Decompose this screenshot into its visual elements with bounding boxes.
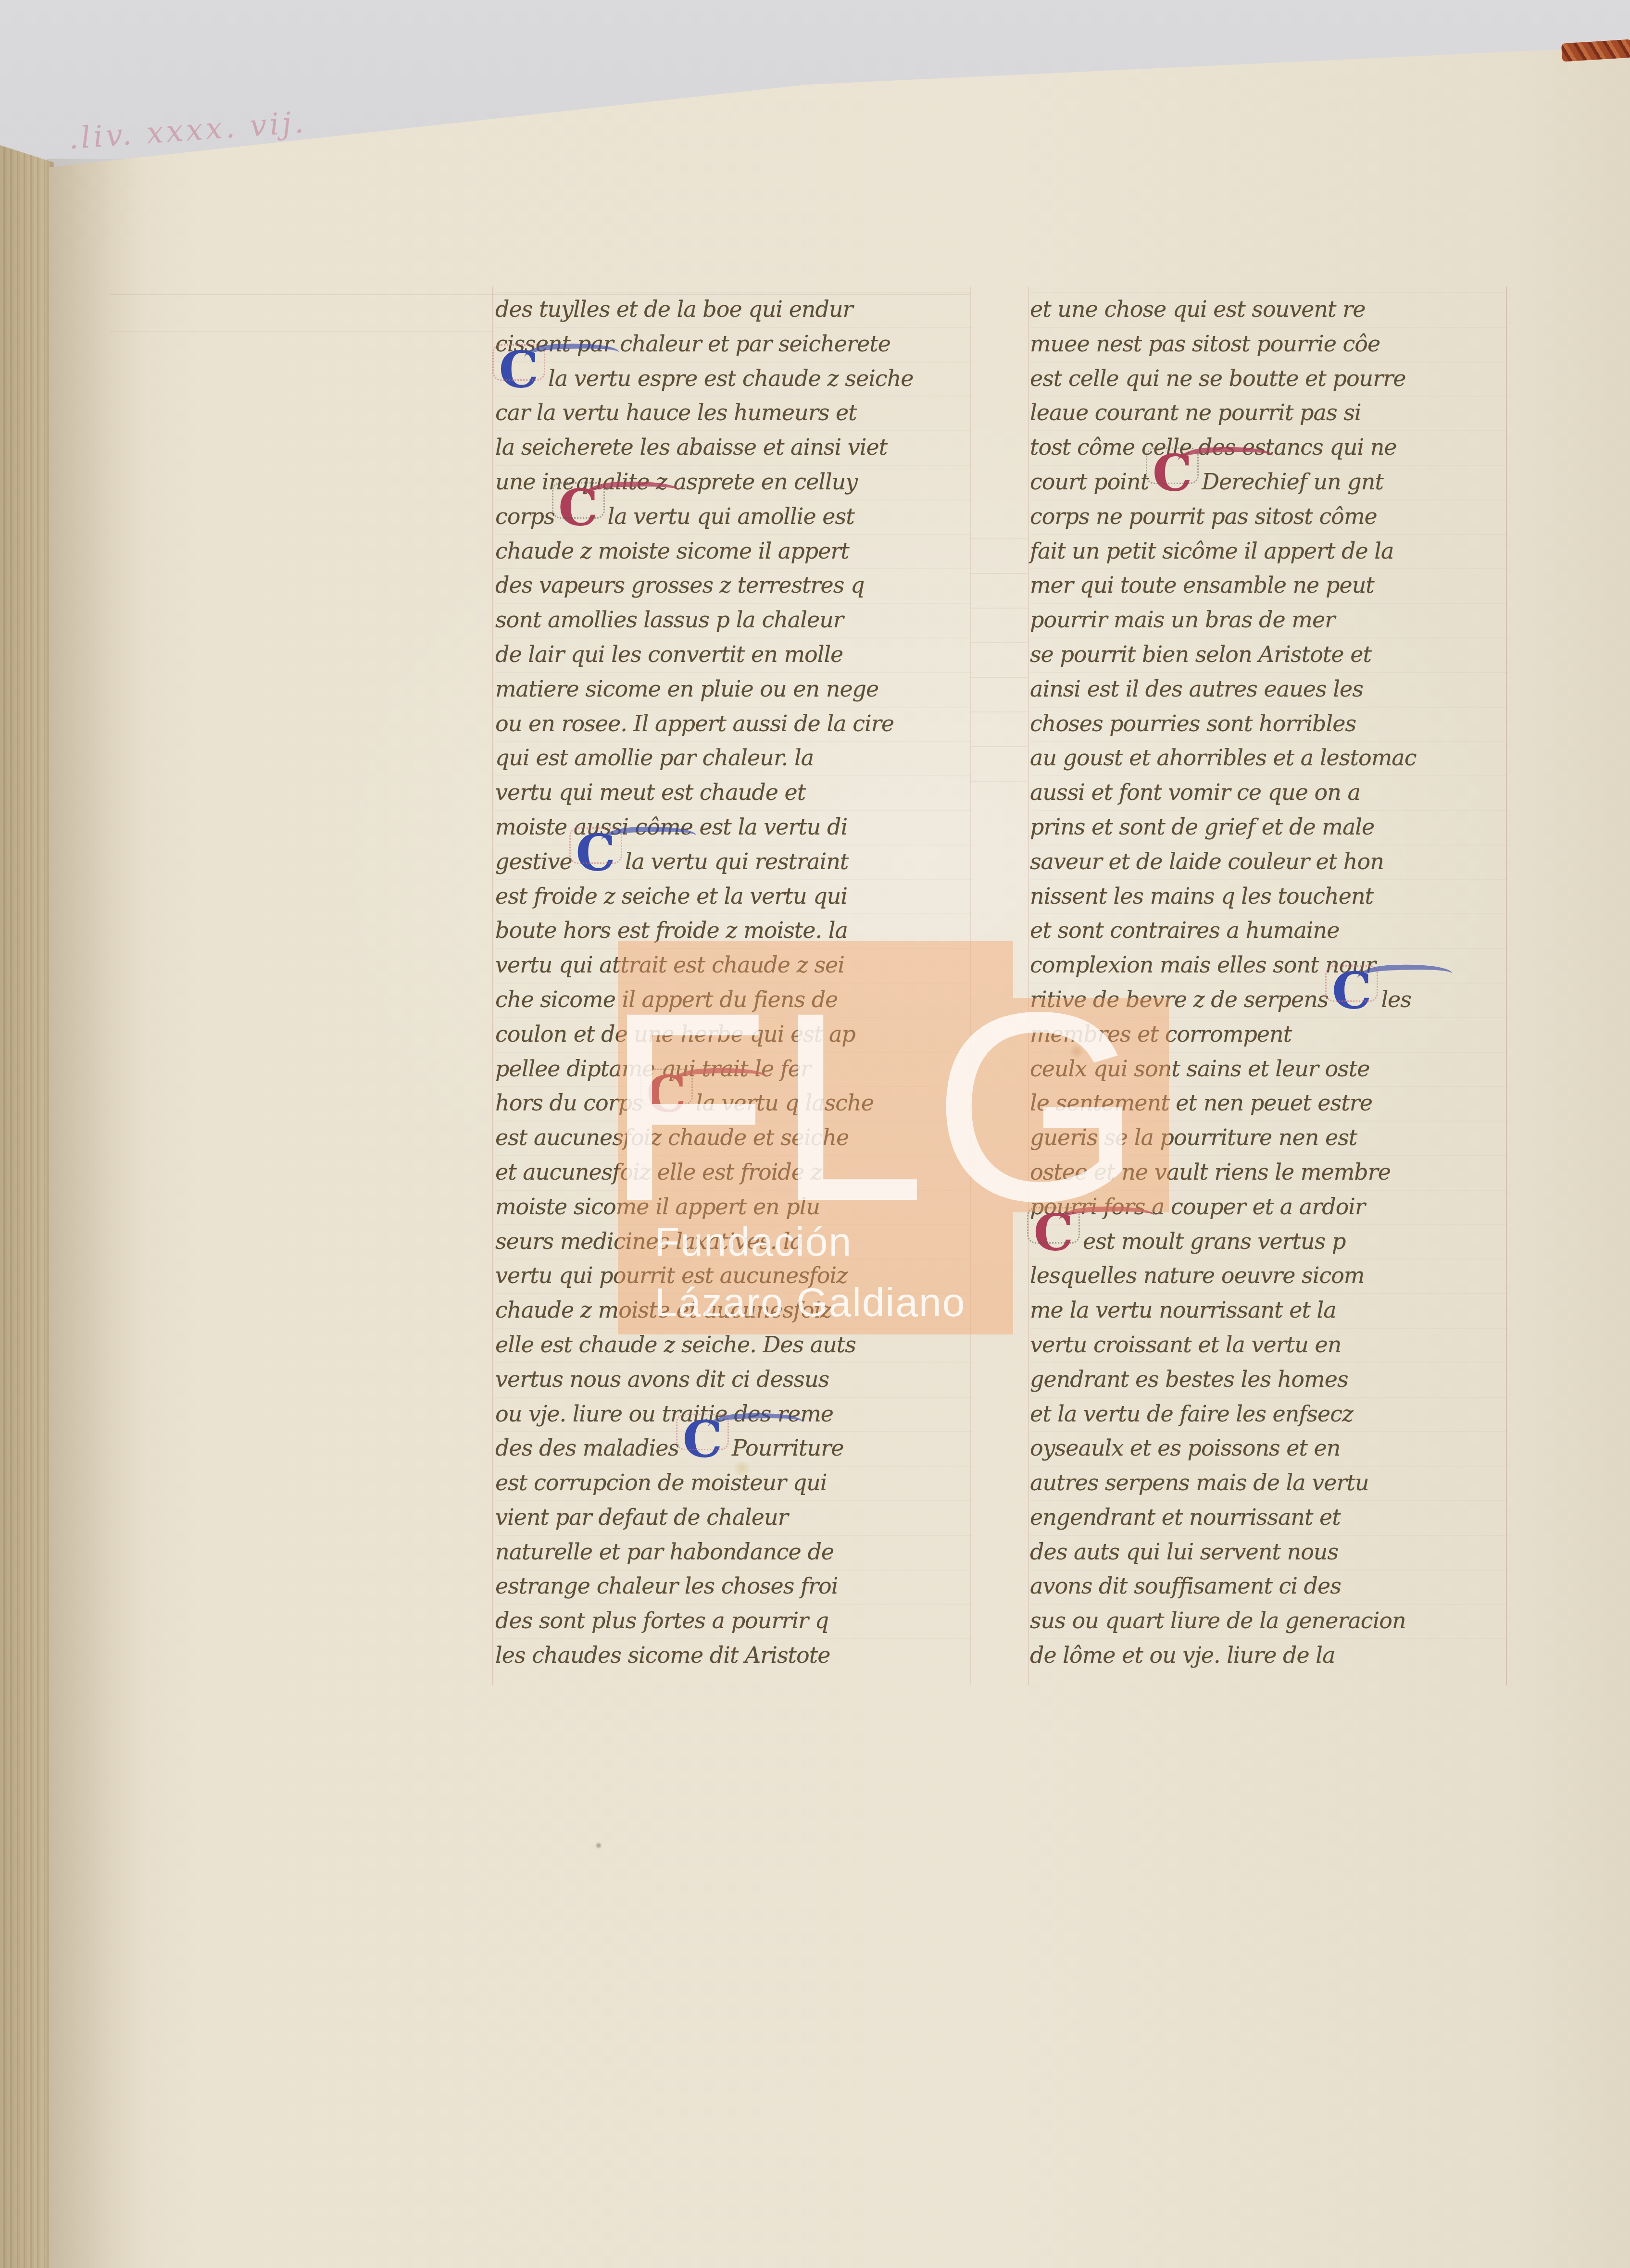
manuscript-line: est celle qui ne se boutte et pourre (1030, 361, 1507, 396)
manuscript-text: la seicherete les abaisse et ainsi viet (495, 434, 887, 460)
manuscript-text: gestive (495, 848, 572, 874)
watermark-logo-letters: FLG (605, 972, 1149, 1241)
photo-backdrop: .liv. xxxx. vij. des tuylles et de la bo… (0, 0, 1630, 2268)
manuscript-line: court pointCDerechief un gnt (1030, 465, 1507, 499)
manuscript-line: corpsCla vertu qui amollie est (495, 499, 972, 534)
manuscript-line: ainsi est il des autres eaues les (1030, 672, 1507, 707)
manuscript-line: chaude z moiste sicome il appert (495, 534, 972, 569)
watermark-caption-line1: Fundación (655, 1211, 965, 1272)
manuscript-text: boute hors est froide z moiste. la (495, 917, 848, 943)
manuscript-line: vient par defaut de chaleur (495, 1500, 972, 1535)
manuscript-text: Pourriture (732, 1435, 843, 1461)
illuminated-initial-red: C (556, 486, 601, 515)
manuscript-line: sont amollies lassus p la chaleur (495, 603, 972, 637)
manuscript-line: pourrir mais un bras de mer (1030, 603, 1507, 637)
manuscript-line: gestiveCla vertu qui restraint (495, 845, 972, 879)
illuminated-initial-blue: C (573, 831, 618, 860)
manuscript-text: autres serpens mais de la vertu (1030, 1470, 1369, 1495)
manuscript-text: qui est amollie par chaleur. la (495, 745, 814, 771)
manuscript-text: gendrant es bestes les homes (1030, 1366, 1348, 1392)
manuscript-text: choses pourries sont horribles (1030, 710, 1356, 736)
manuscript-text: la vertu espre est chaude z seiche (548, 365, 913, 391)
manuscript-line: au goust et ahorribles et a lestomac (1030, 741, 1507, 775)
manuscript-line: Cla vertu espre est chaude z seiche (495, 361, 972, 396)
manuscript-line: et sont contraires a humaine (1030, 913, 1507, 948)
manuscript-line: moiste aussi côme est la vertu di (495, 810, 972, 845)
manuscript-text: des des maladies (495, 1435, 679, 1461)
manuscript-text: naturelle et par habondance de (495, 1539, 834, 1565)
manuscript-line: oyseaulx et es poissons et en (1030, 1431, 1507, 1466)
manuscript-line: sus ou quart liure de la generacion (1030, 1604, 1507, 1638)
manuscript-text: la vertu qui amollie est (608, 503, 854, 529)
manuscript-line: leaue courant ne pourrit pas si (1030, 396, 1507, 430)
manuscript-text: des tuylles et de la boe qui endur (495, 296, 853, 322)
manuscript-line: est froide z seiche et la vertu qui (495, 879, 972, 914)
manuscript-line: des sont plus fortes a pourrir q (495, 1604, 972, 1638)
manuscript-line: de lair qui les convertit en molle (495, 637, 972, 672)
manuscript-text: Derechief un gnt (1202, 469, 1383, 495)
manuscript-text: prins et sont de grief et de male (1030, 814, 1374, 840)
manuscript-text: engendrant et nourrissant et (1030, 1504, 1341, 1530)
manuscript-text: leaue courant ne pourrit pas si (1030, 399, 1361, 425)
parchment-stain (731, 1461, 753, 1476)
illuminated-initial-blue: C (1329, 969, 1374, 998)
manuscript-text: me la vertu nourrissant et la (1030, 1297, 1336, 1323)
manuscript-line: prins et sont de grief et de male (1030, 810, 1507, 845)
manuscript-line: des auts qui lui servent nous (1030, 1535, 1507, 1570)
manuscript-text: se pourrit bien selon Aristote et (1030, 641, 1371, 667)
manuscript-line: qui est amollie par chaleur. la (495, 741, 972, 775)
manuscript-line: vertus nous avons dit ci dessus (495, 1362, 972, 1397)
manuscript-text: de lôme et ou vje. liure de la (1030, 1642, 1335, 1668)
manuscript-text: pourrir mais un bras de mer (1030, 607, 1335, 633)
manuscript-line: des des maladiesCPourriture (495, 1431, 972, 1466)
manuscript-text: corps (495, 503, 555, 529)
manuscript-line: les chaudes sicome dit Aristote (495, 1638, 972, 1673)
manuscript-line: lesquelles nature oeuvre sicom (1030, 1259, 1507, 1293)
manuscript-text: aussi et font vomir ce que on a (1030, 779, 1360, 805)
manuscript-text: et une chose qui est souvent re (1030, 296, 1365, 322)
manuscript-text: mer qui toute ensamble ne peut (1030, 572, 1374, 598)
manuscript-text: fait un petit sicôme il appert de la (1030, 538, 1393, 564)
manuscript-line: fait un petit sicôme il appert de la (1030, 534, 1507, 569)
manuscript-line: vertu qui meut est chaude et (495, 775, 972, 810)
manuscript-line: de lôme et ou vje. liure de la (1030, 1638, 1507, 1673)
ruling-line-vertical (492, 287, 493, 1685)
manuscript-line: la seicherete les abaisse et ainsi viet (495, 430, 972, 465)
manuscript-line: car la vertu hauce les humeurs et (495, 396, 972, 430)
manuscript-text: la vertu qui restraint (625, 848, 849, 874)
manuscript-text: nissent les mains q les touchent (1030, 883, 1373, 909)
manuscript-line: muee nest pas sitost pourrie côe (1030, 327, 1507, 361)
manuscript-line: et une chose qui est souvent re (1030, 292, 1507, 327)
gutter-shadow (47, 159, 148, 2268)
illuminated-initial-blue: C (680, 1418, 725, 1446)
manuscript-line: vertu croissant et la vertu en (1030, 1328, 1507, 1362)
manuscript-text: court point (1030, 469, 1149, 495)
manuscript-line: et la vertu de faire les enfsecz (1030, 1397, 1507, 1432)
parchment-speck (595, 1842, 602, 1849)
manuscript-text: muee nest pas sitost pourrie côe (1030, 331, 1380, 357)
manuscript-line: naturelle et par habondance de (495, 1535, 972, 1570)
watermark-caption: Fundación Lázaro Galdiano (655, 1211, 965, 1333)
manuscript-text: des auts qui lui servent nous (1030, 1539, 1338, 1565)
manuscript-text: est froide z seiche et la vertu qui (495, 883, 847, 909)
manuscript-line: se pourrit bien selon Aristote et (1030, 637, 1507, 672)
manuscript-line: estrange chaleur les choses froi (495, 1569, 972, 1604)
manuscript-text: sus ou quart liure de la generacion (1030, 1608, 1406, 1633)
ruling-gutter-lines (970, 538, 1028, 808)
manuscript-text: des sont plus fortes a pourrir q (495, 1608, 828, 1633)
manuscript-line: aussi et font vomir ce que on a (1030, 775, 1507, 810)
manuscript-line: avons dit souffisament ci des (1030, 1569, 1507, 1604)
watermark-caption-line2: Lázaro Galdiano (655, 1272, 965, 1333)
manuscript-text: vertus nous avons dit ci dessus (495, 1366, 829, 1392)
manuscript-text: vertu croissant et la vertu en (1030, 1332, 1341, 1358)
manuscript-text: sont amollies lassus p la chaleur (495, 607, 843, 633)
manuscript-text: vient par defaut de chaleur (495, 1504, 788, 1530)
manuscript-text: matiere sicome en pluie ou en nege (495, 676, 878, 702)
manuscript-line: des vapeurs grosses z terrestres q (495, 568, 972, 603)
manuscript-text: oyseaulx et es poissons et en (1030, 1435, 1340, 1461)
manuscript-text: de lair qui les convertit en molle (495, 641, 843, 667)
manuscript-line: nissent les mains q les touchent (1030, 879, 1507, 914)
manuscript-line: corps ne pourrit pas sitost côme (1030, 499, 1507, 534)
manuscript-text: les chaudes sicome dit Aristote (495, 1642, 830, 1668)
ruling-line-horizontal (110, 331, 494, 332)
manuscript-line: engendrant et nourrissant et (1030, 1500, 1507, 1535)
manuscript-text: chaude z moiste sicome il appert (495, 538, 849, 564)
manuscript-line: choses pourries sont horribles (1030, 707, 1507, 741)
manuscript-text: estrange chaleur les choses froi (495, 1573, 838, 1599)
manuscript-text: lesquelles nature oeuvre sicom (1030, 1262, 1364, 1288)
manuscript-text: car la vertu hauce les humeurs et (495, 399, 857, 425)
manuscript-text: des vapeurs grosses z terrestres q (495, 572, 864, 598)
manuscript-line: saveur et de laide couleur et hon (1030, 845, 1507, 879)
manuscript-text: avons dit souffisament ci des (1030, 1573, 1341, 1599)
manuscript-text: corps ne pourrit pas sitost côme (1030, 503, 1377, 529)
manuscript-text: vertu qui meut est chaude et (495, 779, 805, 805)
manuscript-text: elle est chaude z seiche. Des auts (495, 1332, 856, 1358)
manuscript-text: et la vertu de faire les enfsecz (1030, 1401, 1353, 1427)
manuscript-line: mer qui toute ensamble ne peut (1030, 568, 1507, 603)
manuscript-text: ainsi est il des autres eaues les (1030, 676, 1363, 702)
manuscript-text: est celle qui ne se boutte et pourre (1030, 365, 1405, 391)
manuscript-line: gendrant es bestes les homes (1030, 1362, 1507, 1397)
manuscript-line: des tuylles et de la boe qui endur (495, 292, 972, 327)
manuscript-line: autres serpens mais de la vertu (1030, 1466, 1507, 1500)
manuscript-line: me la vertu nourrissant et la (1030, 1293, 1507, 1328)
book-page-edges (0, 0, 54, 2268)
manuscript-text: et sont contraires a humaine (1030, 917, 1339, 943)
manuscript-text: au goust et ahorribles et a lestomac (1030, 745, 1416, 771)
manuscript-text: les (1381, 986, 1411, 1012)
manuscript-line: ou en rosee. Il appert aussi de la cire (495, 707, 972, 741)
manuscript-text: saveur et de laide couleur et hon (1030, 848, 1384, 874)
manuscript-text: ou en rosee. Il appert aussi de la cire (495, 710, 894, 736)
illuminated-initial-blue: C (496, 348, 541, 377)
manuscript-line: matiere sicome en pluie ou en nege (495, 672, 972, 707)
manuscript-text: est corrupcion de moisteur qui (495, 1470, 827, 1495)
illuminated-initial-red: C (1150, 451, 1195, 480)
